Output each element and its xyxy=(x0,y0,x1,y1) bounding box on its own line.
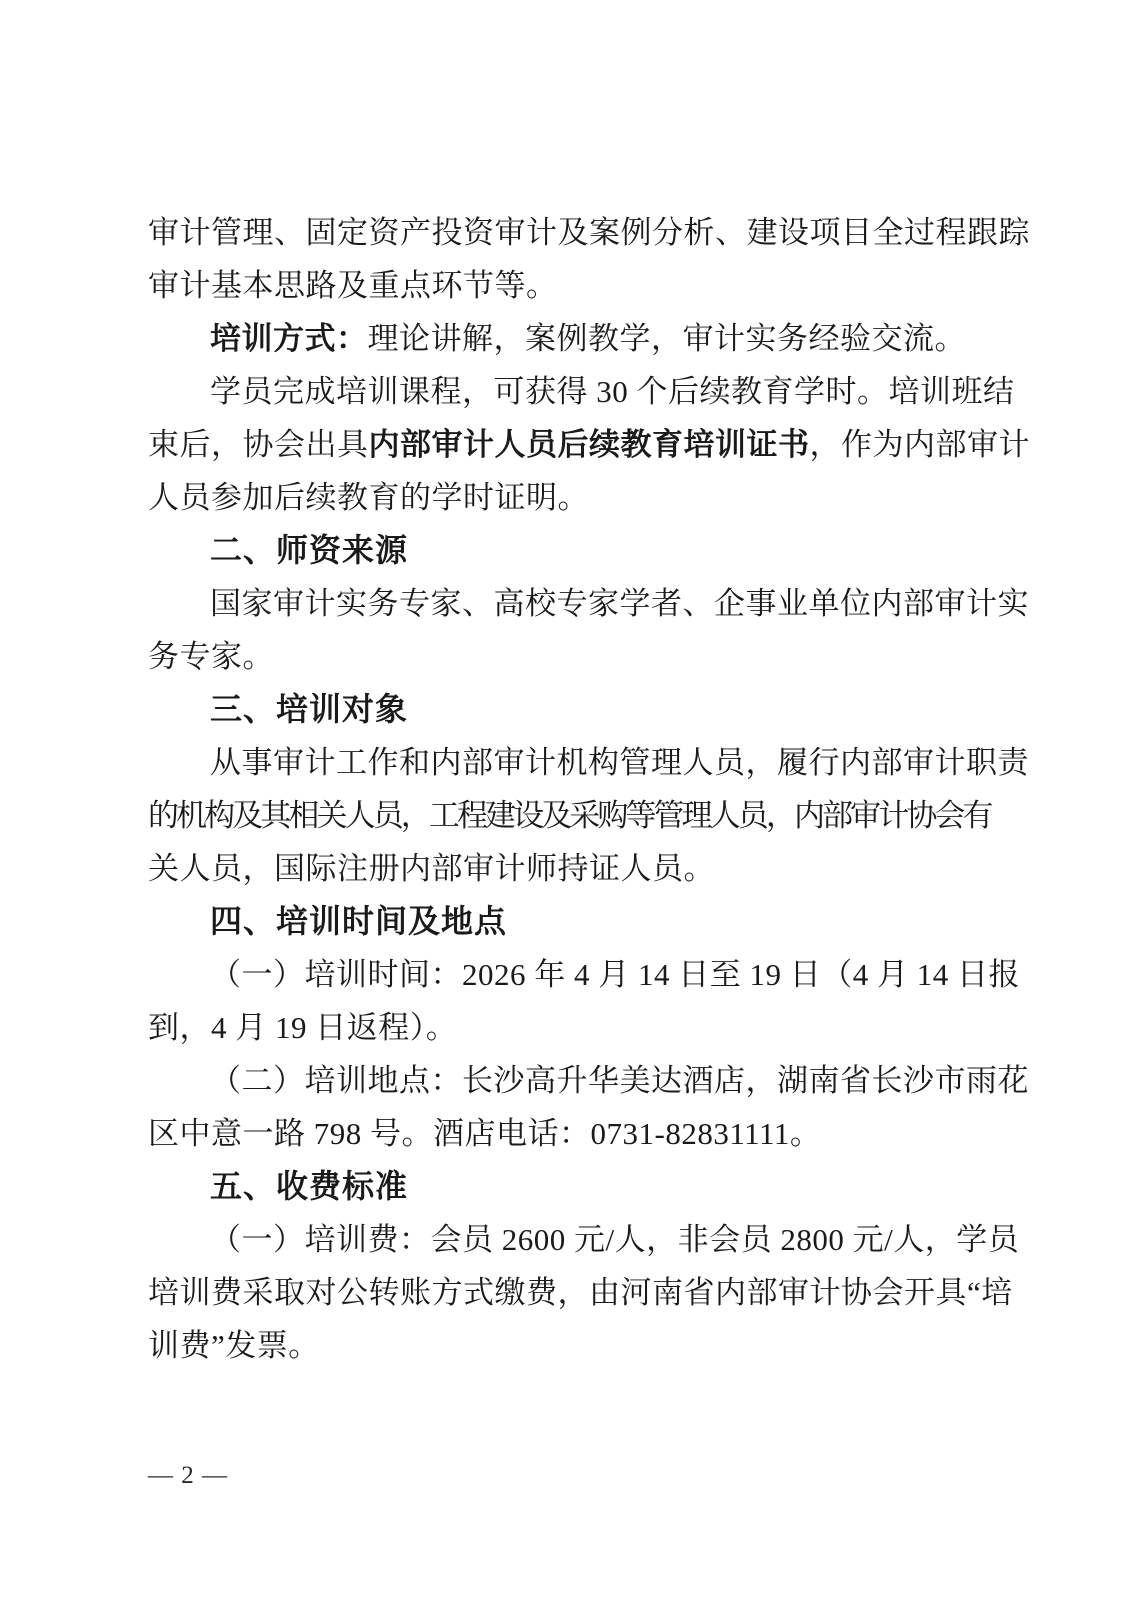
text-run: 审计管理、固定资产投资审计及案例分析、建设项目全过程跟踪 xyxy=(148,215,1030,250)
text-run: 培训费采取对公转账方式缴费，由河南省内部审计协会开具“培 xyxy=(148,1275,1013,1310)
heading-text: 五、收费标准 xyxy=(210,1168,408,1204)
body-line: 学员完成培训课程，可获得 30 个后续教育学时。培训班结 xyxy=(148,365,990,418)
body-line: 区中意一路 798 号。酒店电话：0731-82831111。 xyxy=(148,1107,990,1160)
text-run: 到，4 月 19 日返程）。 xyxy=(148,1010,457,1045)
body-line: （一）培训费：会员 2600 元/人，非会员 2800 元/人，学员 xyxy=(148,1213,990,1266)
section-heading-teachers: 二、师资来源 xyxy=(148,524,990,577)
body-line: 培训方式：理论讲解，案例教学，审计实务经验交流。 xyxy=(148,312,990,365)
bold-label-training-method: 培训方式： xyxy=(210,321,368,356)
text-run: 训费”发票。 xyxy=(148,1328,320,1363)
text-run: 的机构及其相关人员，工程建设及采购等管理人员，内部审计协会有 xyxy=(148,798,990,833)
body-line: 培训费采取对公转账方式缴费，由河南省内部审计协会开具“培 xyxy=(148,1266,990,1319)
text-run: 国家审计实务专家、高校专家学者、企事业单位内部审计实 xyxy=(210,586,1029,621)
text-run: 区中意一路 798 号。酒店电话：0731-82831111。 xyxy=(148,1116,821,1151)
section-heading-fees: 五、收费标准 xyxy=(148,1160,990,1213)
body-line: 束后，协会出具内部审计人员后续教育培训证书，作为内部审计 xyxy=(148,418,990,471)
body-line: （二）培训地点：长沙高升华美达酒店，湖南省长沙市雨花 xyxy=(148,1054,990,1107)
section-heading-time-place: 四、培训时间及地点 xyxy=(148,895,990,948)
body-line: 国家审计实务专家、高校专家学者、企事业单位内部审计实 xyxy=(148,577,990,630)
body-line: 审计基本思路及重点环节等。 xyxy=(148,259,990,312)
document-body: 审计管理、固定资产投资审计及案例分析、建设项目全过程跟踪 审计基本思路及重点环节… xyxy=(148,206,990,1372)
document-page: 审计管理、固定资产投资审计及案例分析、建设项目全过程跟踪 审计基本思路及重点环节… xyxy=(0,0,1131,1600)
text-run: 关人员，国际注册内部审计师持证人员。 xyxy=(148,851,715,886)
body-line: 审计管理、固定资产投资审计及案例分析、建设项目全过程跟踪 xyxy=(148,206,990,259)
body-line: 训费”发票。 xyxy=(148,1319,990,1372)
text-run: 理论讲解，案例教学，审计实务经验交流。 xyxy=(368,321,967,356)
heading-text: 三、培训对象 xyxy=(210,691,408,727)
body-line: 关人员，国际注册内部审计师持证人员。 xyxy=(148,842,990,895)
section-heading-trainees: 三、培训对象 xyxy=(148,683,990,736)
text-run: 务专家。 xyxy=(148,639,274,674)
text-run: （一）培训时间：2026 年 4 月 14 日至 19 日（4 月 14 日报 xyxy=(210,957,1020,992)
body-line: （一）培训时间：2026 年 4 月 14 日至 19 日（4 月 14 日报 xyxy=(148,948,990,1001)
heading-text: 二、师资来源 xyxy=(210,532,408,568)
body-line: 到，4 月 19 日返程）。 xyxy=(148,1001,990,1054)
body-line: 的机构及其相关人员，工程建设及采购等管理人员，内部审计协会有 xyxy=(148,789,990,842)
text-run: 从事审计工作和内部审计机构管理人员，履行内部审计职责 xyxy=(210,745,1029,780)
heading-text: 四、培训时间及地点 xyxy=(210,903,507,939)
text-run: 审计基本思路及重点环节等。 xyxy=(148,268,558,303)
text-run: 束后，协会出具 xyxy=(148,427,369,462)
body-line: 人员参加后续教育的学时证明。 xyxy=(148,471,990,524)
page-number: — 2 — xyxy=(148,1458,228,1494)
body-line: 从事审计工作和内部审计机构管理人员，履行内部审计职责 xyxy=(148,736,990,789)
bold-certificate-name: 内部审计人员后续教育培训证书 xyxy=(369,427,810,462)
text-run: 学员完成培训课程，可获得 30 个后续教育学时。培训班结 xyxy=(210,374,1015,409)
text-run: ，作为内部审计 xyxy=(810,427,1031,462)
text-run: 人员参加后续教育的学时证明。 xyxy=(148,480,589,515)
text-run: （一）培训费：会员 2600 元/人，非会员 2800 元/人，学员 xyxy=(210,1222,1019,1257)
text-run: （二）培训地点：长沙高升华美达酒店，湖南省长沙市雨花 xyxy=(210,1063,1029,1098)
body-line: 务专家。 xyxy=(148,630,990,683)
